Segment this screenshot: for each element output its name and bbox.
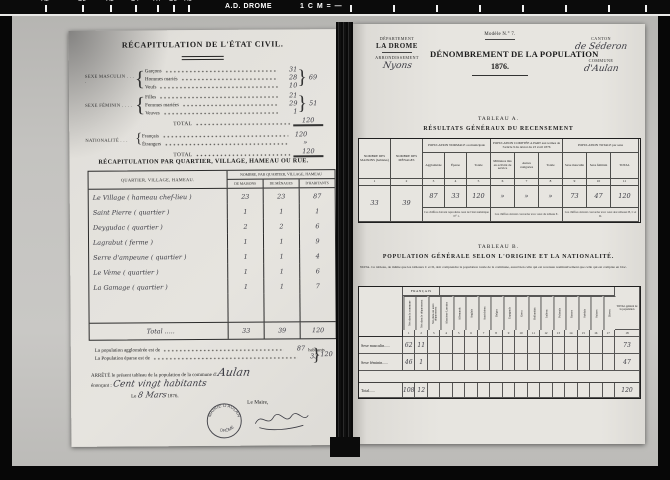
flourish-rule: [472, 75, 528, 76]
value-cell: [503, 337, 515, 354]
empty-cell: [89, 294, 228, 323]
value-cell: [440, 354, 452, 371]
nationality-label: NATIONALITÉ . . .: [85, 137, 135, 142]
value-cell: 62: [403, 337, 415, 354]
enoncant-label: énonçant :: [91, 384, 112, 389]
svg-text:DRÔME: DRÔME: [220, 424, 236, 433]
gutter-shadow: [330, 437, 360, 457]
value-cell: 1: [415, 354, 427, 371]
row-menages: 1: [264, 248, 300, 263]
value-cell: [478, 383, 490, 398]
row-habitants: 6: [300, 218, 335, 233]
line-value: »: [291, 138, 307, 146]
left-page-title: RÉCAPITULATION DE L'ÉTAT CIVIL.: [69, 39, 337, 50]
ruler-tick: [173, 5, 175, 12]
line-value: 1: [281, 107, 297, 115]
table-row: Serre d'ampeune ( quartier )114: [89, 248, 335, 265]
value-cell: 12: [415, 383, 427, 398]
col-number: 2: [391, 179, 423, 186]
agglomeree-label: La population agglomérée est de: [95, 348, 160, 353]
quartier-table-header: QUARTIER, VILLAGE, HAMEAU. NOMBRE, PAR Q…: [89, 170, 335, 190]
value-cell: [515, 337, 527, 354]
etat-civil-line: Veuves1: [145, 107, 297, 116]
col-header: Hollandais: [528, 296, 540, 330]
close-brace: }: [297, 91, 307, 115]
col-number: 10: [587, 179, 611, 186]
table-row: Le Vème ( quartier )116: [89, 263, 335, 280]
col-number: 9: [503, 330, 515, 337]
value-cell: [478, 337, 490, 354]
ruler-tick-label: A2: [41, 0, 48, 3]
col-number: 11: [611, 179, 639, 186]
row-label: Sexe masculin......: [359, 337, 403, 354]
value-cell: [503, 354, 515, 371]
col-number: 4: [440, 330, 452, 337]
arrondissement-handwritten: Nyons: [382, 61, 413, 71]
ruler-tick-label: D6: [169, 0, 177, 3]
col-number: 3: [428, 330, 440, 337]
sub-col-header: Totale: [539, 153, 563, 179]
sub-col-header: Sexe féminin: [587, 153, 611, 179]
col-number: 12: [540, 330, 552, 337]
tableau-a-title: RÉSULTATS GÉNÉRAUX DU RECENSEMENT: [352, 126, 645, 132]
group-header-3: POPULATION TOTALE par sexe: [563, 139, 639, 153]
quartier-total-row: Total ..... 33 39 120: [90, 321, 336, 340]
canton-label: CANTON: [565, 36, 637, 41]
quartier-table: QUARTIER, VILLAGE, HAMEAU. NOMBRE, PAR Q…: [88, 169, 337, 341]
table-row: Saint Pierre ( quartier )111: [89, 203, 335, 220]
total-line: TOTAL120: [173, 117, 323, 127]
row-habitants: 6: [300, 263, 335, 278]
footnote-3: Ces chiffres doivent concorder avec ceux…: [563, 208, 639, 222]
corner-number: [359, 330, 403, 337]
leader-dots: [163, 109, 279, 115]
value-cell: [490, 383, 502, 398]
value-cell: 120: [467, 186, 491, 208]
line-value: 28: [281, 73, 297, 81]
arrete-block: ARRÊTÉ le présent tableau de la populati…: [91, 367, 326, 402]
value-cell: [453, 354, 465, 371]
line-label: Hommes mariés: [145, 77, 178, 82]
spacer: [307, 130, 323, 146]
row-label: Sexe féminin......: [359, 354, 403, 371]
empty-cell: [228, 294, 264, 322]
col-number: 4: [445, 179, 467, 186]
ruler-tick: [393, 5, 395, 12]
total-label: TOTAL: [173, 121, 192, 127]
form-header: DÉPARTEMENT LA DROME ARRONDISSEMENT Nyon…: [352, 32, 645, 112]
ruler-tick: [436, 5, 438, 12]
value-cell: [578, 337, 590, 354]
value-cell: 87: [423, 186, 445, 208]
group-label: SEXE MASCULIN . . . .: [85, 73, 135, 83]
ruler-tick-label: A6: [184, 0, 191, 3]
col-number: 8: [539, 179, 563, 186]
row-quartier-name: La Gamage ( quartier ): [89, 279, 228, 295]
value-cell: [453, 337, 465, 354]
value-cell: [490, 354, 502, 371]
row-quartier-name: Lagrabut ( ferme ): [89, 234, 228, 250]
row-menages: 1: [264, 233, 300, 248]
sub-col-header: TOTAL: [611, 153, 639, 179]
col-number: 18: [615, 330, 640, 337]
blank-group-header: [440, 287, 615, 296]
value-cell: 33: [445, 186, 467, 208]
nationality-group: NATIONALITÉ . . .{Français120Étrangers»: [85, 130, 323, 148]
col-header: Alsaciens-Lorrains: [440, 296, 452, 330]
ruler-tick: [479, 5, 481, 12]
etat-civil-group: SEXE MASCULIN . . . .{Garçons31Hommes ma…: [85, 65, 323, 91]
row-maisons: 23: [228, 189, 264, 204]
col-header: Russes: [565, 296, 577, 330]
col-number: 1: [359, 179, 391, 186]
line-label: Veuves: [145, 111, 159, 116]
line-label: Français: [142, 134, 159, 139]
sub-col-header: Agglomérée: [423, 153, 445, 179]
film-border-bottom: [0, 466, 670, 480]
ruler-tick: [608, 5, 610, 12]
col-header: Nés dans la commune: [403, 296, 415, 330]
form-title: DÉNOMBREMENT DE LA POPULATION: [430, 49, 570, 59]
col-header: Belges: [490, 296, 502, 330]
leader-dots: [182, 101, 279, 107]
col-quartier-header: QUARTIER, VILLAGE, HAMEAU.: [89, 171, 228, 189]
footnote-2: Ces chiffres doivent concorder avec ceux…: [491, 208, 563, 222]
value-cell: 33: [359, 186, 391, 222]
open-brace: {: [135, 74, 145, 82]
title-rule: [182, 56, 224, 60]
col-number: 6: [491, 179, 515, 186]
sub-col-header: Éparse: [445, 153, 467, 179]
line-value: 31: [281, 65, 297, 73]
tableau-b-nota: NOTA. Ce tableau, de même que les tablea…: [360, 265, 637, 270]
value-cell: [603, 383, 615, 398]
film-border-right: [658, 0, 670, 480]
col-number: 8: [490, 330, 502, 337]
value-cell: [565, 383, 577, 398]
eparse-label: La Population éparse est de: [95, 356, 150, 361]
total-value: 120: [293, 116, 323, 126]
group-subtotal: 69: [307, 73, 323, 81]
row-maisons: 1: [228, 264, 264, 279]
tableau-a: NOMBRE DES MAISONS (habitées)NOMBRE DES …: [358, 138, 641, 223]
col-number: 11: [528, 330, 540, 337]
row-total: 120: [615, 383, 640, 398]
ruler-tick-label: A4: [153, 0, 160, 3]
total-habitants: 120: [301, 322, 336, 338]
ruler-tick-label: D5: [78, 0, 86, 3]
value-cell: [540, 354, 552, 371]
row-menages: 1: [264, 278, 300, 293]
value-cell: [428, 354, 440, 371]
col-menages-header: NOMBRE DES MÉNAGES: [391, 139, 423, 179]
col-number: 16: [590, 330, 602, 337]
mairie-stamp: MAIRIE D'AULAN DRÔME: [205, 402, 243, 440]
value-cell: 47: [587, 186, 611, 208]
row-maisons: 1: [228, 279, 264, 294]
close-brace: }: [297, 65, 307, 89]
book-gutter: [336, 22, 353, 455]
group-subtotal: 51: [307, 99, 323, 107]
row-quartier-name: Deygudac ( quartier ): [89, 219, 228, 235]
film-edge-line: [0, 14, 670, 16]
col-number: 14: [565, 330, 577, 337]
tableau-b-label: TABLEAU B.: [352, 244, 645, 250]
sub-col-header: Totale: [467, 153, 491, 179]
value-cell: [590, 337, 602, 354]
col-header: Polonais: [553, 296, 565, 330]
value-cell: 46: [403, 354, 415, 371]
departement-value: LA DROME: [362, 42, 432, 50]
ruler-tick: [565, 5, 567, 12]
row-habitants: 87: [300, 188, 335, 203]
ruler-tick: [157, 5, 159, 12]
value-cell: [528, 354, 540, 371]
row-maisons: 2: [228, 219, 264, 234]
empty-row: [89, 293, 335, 323]
col-header: Italiens: [540, 296, 552, 330]
col-header: Nés dans le département: [415, 296, 427, 330]
nationality-line: Étrangers»: [142, 138, 307, 147]
mayor-signature: [251, 407, 311, 438]
col-header: Anglais: [465, 296, 477, 330]
leader-dots: [181, 75, 279, 81]
value-cell: [528, 383, 540, 398]
row-maisons: 1: [228, 204, 264, 219]
total-label: Total .....: [90, 323, 229, 340]
value-cell: [603, 354, 615, 371]
value-cell: [465, 337, 477, 354]
leader-dots: [196, 151, 291, 157]
value-cell: 73: [563, 186, 587, 208]
svg-text:MAIRIE D'AULAN: MAIRIE D'AULAN: [207, 403, 242, 418]
value-cell: 120: [611, 186, 639, 208]
value-cell: [540, 337, 552, 354]
line-value: 120: [291, 130, 307, 138]
total-menages: 39: [265, 322, 301, 338]
etat-civil-line: Veufs10: [145, 81, 297, 90]
summary-total: 120: [320, 350, 332, 358]
group-rows: Filles21Femmes mariées29Veuves1: [145, 91, 297, 116]
ruler-tick-label: A5: [106, 0, 113, 3]
row-quartier-name: Le Village ( hameau chef-lieu ): [89, 189, 228, 205]
ruler-tick: [645, 5, 647, 12]
form-year: 1876.: [430, 62, 570, 71]
row-label: Total......: [359, 383, 403, 398]
value-cell: [578, 354, 590, 371]
commune-handwritten-right: d'Aulan: [583, 64, 619, 74]
date-le: Le: [131, 394, 136, 399]
row-habitants: 4: [300, 248, 335, 263]
arrete-text: ARRÊTÉ le présent tableau de la populati…: [91, 373, 217, 379]
ruler-tick: [188, 5, 190, 12]
commune-label: COMMUNE: [565, 58, 637, 63]
col-header: Nés dans un autre département: [428, 296, 440, 330]
value-cell: [590, 383, 602, 398]
group-header-2: POPULATION COMPTÉE A PART aux termes de …: [491, 139, 563, 153]
row-total: 47: [615, 354, 640, 371]
agglomeree-value: 87: [287, 344, 305, 352]
row-menages: 23: [264, 188, 300, 203]
nationality-rows: Français120Étrangers»: [142, 130, 307, 147]
line-label: Femmes mariées: [145, 103, 179, 108]
value-cell: [540, 383, 552, 398]
ruler-tick: [110, 5, 112, 12]
row-menages: 2: [264, 218, 300, 233]
footnote-1: Ces chiffres doivent reproduire ceux de …: [423, 208, 491, 222]
leader-dots: [162, 132, 288, 138]
value-cell: [503, 383, 515, 398]
line-label: Étrangers: [142, 142, 161, 147]
row-habitants: 1: [300, 203, 335, 218]
total-col-header: TOTAL général de la population: [615, 287, 640, 330]
row-habitants: 9: [300, 233, 335, 248]
col-number: 7: [478, 330, 490, 337]
value-cell: [553, 337, 565, 354]
sub-col-header: Militaires mis en activité de service: [491, 153, 515, 179]
row-quartier-name: Serre d'ampeune ( quartier ): [89, 249, 228, 265]
value-cell: [440, 383, 452, 398]
value-cell: [490, 337, 502, 354]
empty-cell: [300, 293, 335, 321]
col-header: Autrichiens: [478, 296, 490, 330]
group-label: SEXE FÉMININ . . . .: [85, 102, 135, 107]
arrondissement-label: ARRONDISSEMENT: [362, 55, 432, 60]
col-number: 3: [423, 179, 445, 186]
leader-dots: [159, 83, 278, 89]
row-quartier-name: Saint Pierre ( quartier ): [89, 204, 228, 220]
value-cell: [515, 354, 527, 371]
row-maisons: 1: [228, 249, 264, 264]
table-row: Deygudac ( quartier )226: [89, 218, 335, 235]
value-cell: [428, 337, 440, 354]
value-cell: [428, 383, 440, 398]
col-number: 2: [415, 330, 427, 337]
col-number: 1: [403, 330, 415, 337]
value-cell: [553, 354, 565, 371]
col-header: Espagnols: [503, 296, 515, 330]
group-rows: Garçons31Hommes mariés28Veufs10: [145, 65, 297, 90]
film-border-left: [0, 14, 12, 480]
ruler-tick: [350, 5, 352, 12]
col-number: 7: [515, 179, 539, 186]
line-label: Filles: [145, 95, 156, 100]
open-brace: {: [135, 100, 145, 108]
line-value: 10: [281, 81, 297, 89]
value-cell: [603, 337, 615, 354]
etat-civil-recap: SEXE MASCULIN . . . .{Garçons31Hommes ma…: [85, 65, 324, 161]
ruler-tick: [522, 5, 524, 12]
value-cell: [515, 383, 527, 398]
ruler-tick: [135, 5, 137, 12]
col-number: 13: [553, 330, 565, 337]
value-cell: 11: [415, 337, 427, 354]
ruler-tick: [45, 5, 47, 12]
leader-dots: [165, 67, 279, 73]
row-menages: 1: [264, 263, 300, 278]
col-number: 9: [563, 179, 587, 186]
tableau-b: FRANÇAISTOTAL général de la populationNé…: [358, 286, 641, 399]
population-summary: La population agglomérée est de 87 habit…: [95, 344, 325, 362]
empty-cell: [264, 293, 300, 321]
canton-handwritten: de Séderon: [574, 42, 628, 52]
leader-dots: [164, 140, 288, 146]
scale-label: 1 C M = —: [300, 3, 343, 10]
line-value: 21: [281, 91, 297, 99]
microfilm-scan-viewer: A.D. DROME 1 C M = — A2D5A5D4A4D6A6 RÉCA…: [0, 0, 670, 480]
row-quartier-name: Le Vème ( quartier ): [89, 264, 228, 280]
date-year: 1876.: [167, 394, 178, 399]
departement-label: DÉPARTEMENT: [362, 36, 432, 41]
row-maisons: 1: [228, 234, 264, 249]
col-header: Divers: [603, 296, 615, 330]
row-habitants: 7: [300, 278, 335, 293]
col-header: Suisses: [590, 296, 602, 330]
right-page: DÉPARTEMENT LA DROME ARRONDISSEMENT Nyon…: [352, 24, 645, 444]
table-row: Le Village ( hameau chef-lieu )232387: [89, 188, 335, 205]
row-total: 73: [615, 337, 640, 354]
film-ruler: A.D. DROME 1 C M = — A2D5A5D4A4D6A6: [0, 0, 670, 14]
col-header: Grecs: [515, 296, 527, 330]
col-header: Suédois: [578, 296, 590, 330]
date-handwritten: 8 Mars: [137, 390, 167, 399]
col-maisons-header: NOMBRE DES MAISONS (habitées): [359, 139, 391, 179]
sub-col-header: Autres catégories: [515, 153, 539, 179]
commune-handwritten: Aulan: [217, 368, 251, 377]
line-value: 29: [281, 99, 297, 107]
value-cell: »: [539, 186, 563, 208]
value-cell: 108: [403, 383, 415, 398]
sub-col-header: DE MAISONS: [228, 180, 264, 188]
value-cell: [553, 383, 565, 398]
col-number: 5: [467, 179, 491, 186]
archive-label: A.D. DROME: [225, 3, 272, 10]
group-header-1: POPULATION NORMALE ou municipale: [423, 139, 491, 153]
sub-col-header: Sexe masculin: [563, 153, 587, 179]
line-label: Veufs: [145, 85, 156, 90]
etat-civil-group: SEXE FÉMININ . . . .{Filles21Femmes mari…: [85, 91, 323, 117]
value-cell: [478, 354, 490, 371]
value-cell: [453, 383, 465, 398]
total-value: 120: [293, 147, 323, 157]
col-number: 17: [603, 330, 615, 337]
tableau-a-label: TABLEAU A.: [352, 116, 645, 122]
col-number: 15: [578, 330, 590, 337]
col-number: 5: [453, 330, 465, 337]
table-row: La Gamage ( quartier )117: [89, 278, 335, 295]
value-cell: [440, 337, 452, 354]
col-header: Allemands: [453, 296, 465, 330]
francais-group-header: FRANÇAIS: [403, 287, 440, 296]
quartier-section-title: RÉCAPITULATION PAR QUARTIER, VILLAGE, HA…: [69, 157, 337, 166]
line-label: Garçons: [145, 69, 162, 74]
tableau-b-title: POPULATION GÉNÉRALE SELON L'ORIGINE ET L…: [352, 254, 645, 260]
total-maisons: 33: [229, 323, 265, 339]
ruler-tick: [82, 5, 84, 12]
table-row: Lagrabut ( ferme )119: [89, 233, 335, 250]
row-menages: 1: [264, 203, 300, 218]
value-cell: [465, 383, 477, 398]
maire-label: Le Maire,: [247, 400, 268, 406]
value-cell: [578, 383, 590, 398]
col-number: 10: [515, 330, 527, 337]
value-cell: [590, 354, 602, 371]
value-cell: »: [491, 186, 515, 208]
enoncant-handwritten: Cent vingt habitants: [112, 380, 207, 390]
value-cell: 39: [391, 186, 423, 222]
leader-dots: [195, 120, 290, 126]
value-cell: »: [515, 186, 539, 208]
